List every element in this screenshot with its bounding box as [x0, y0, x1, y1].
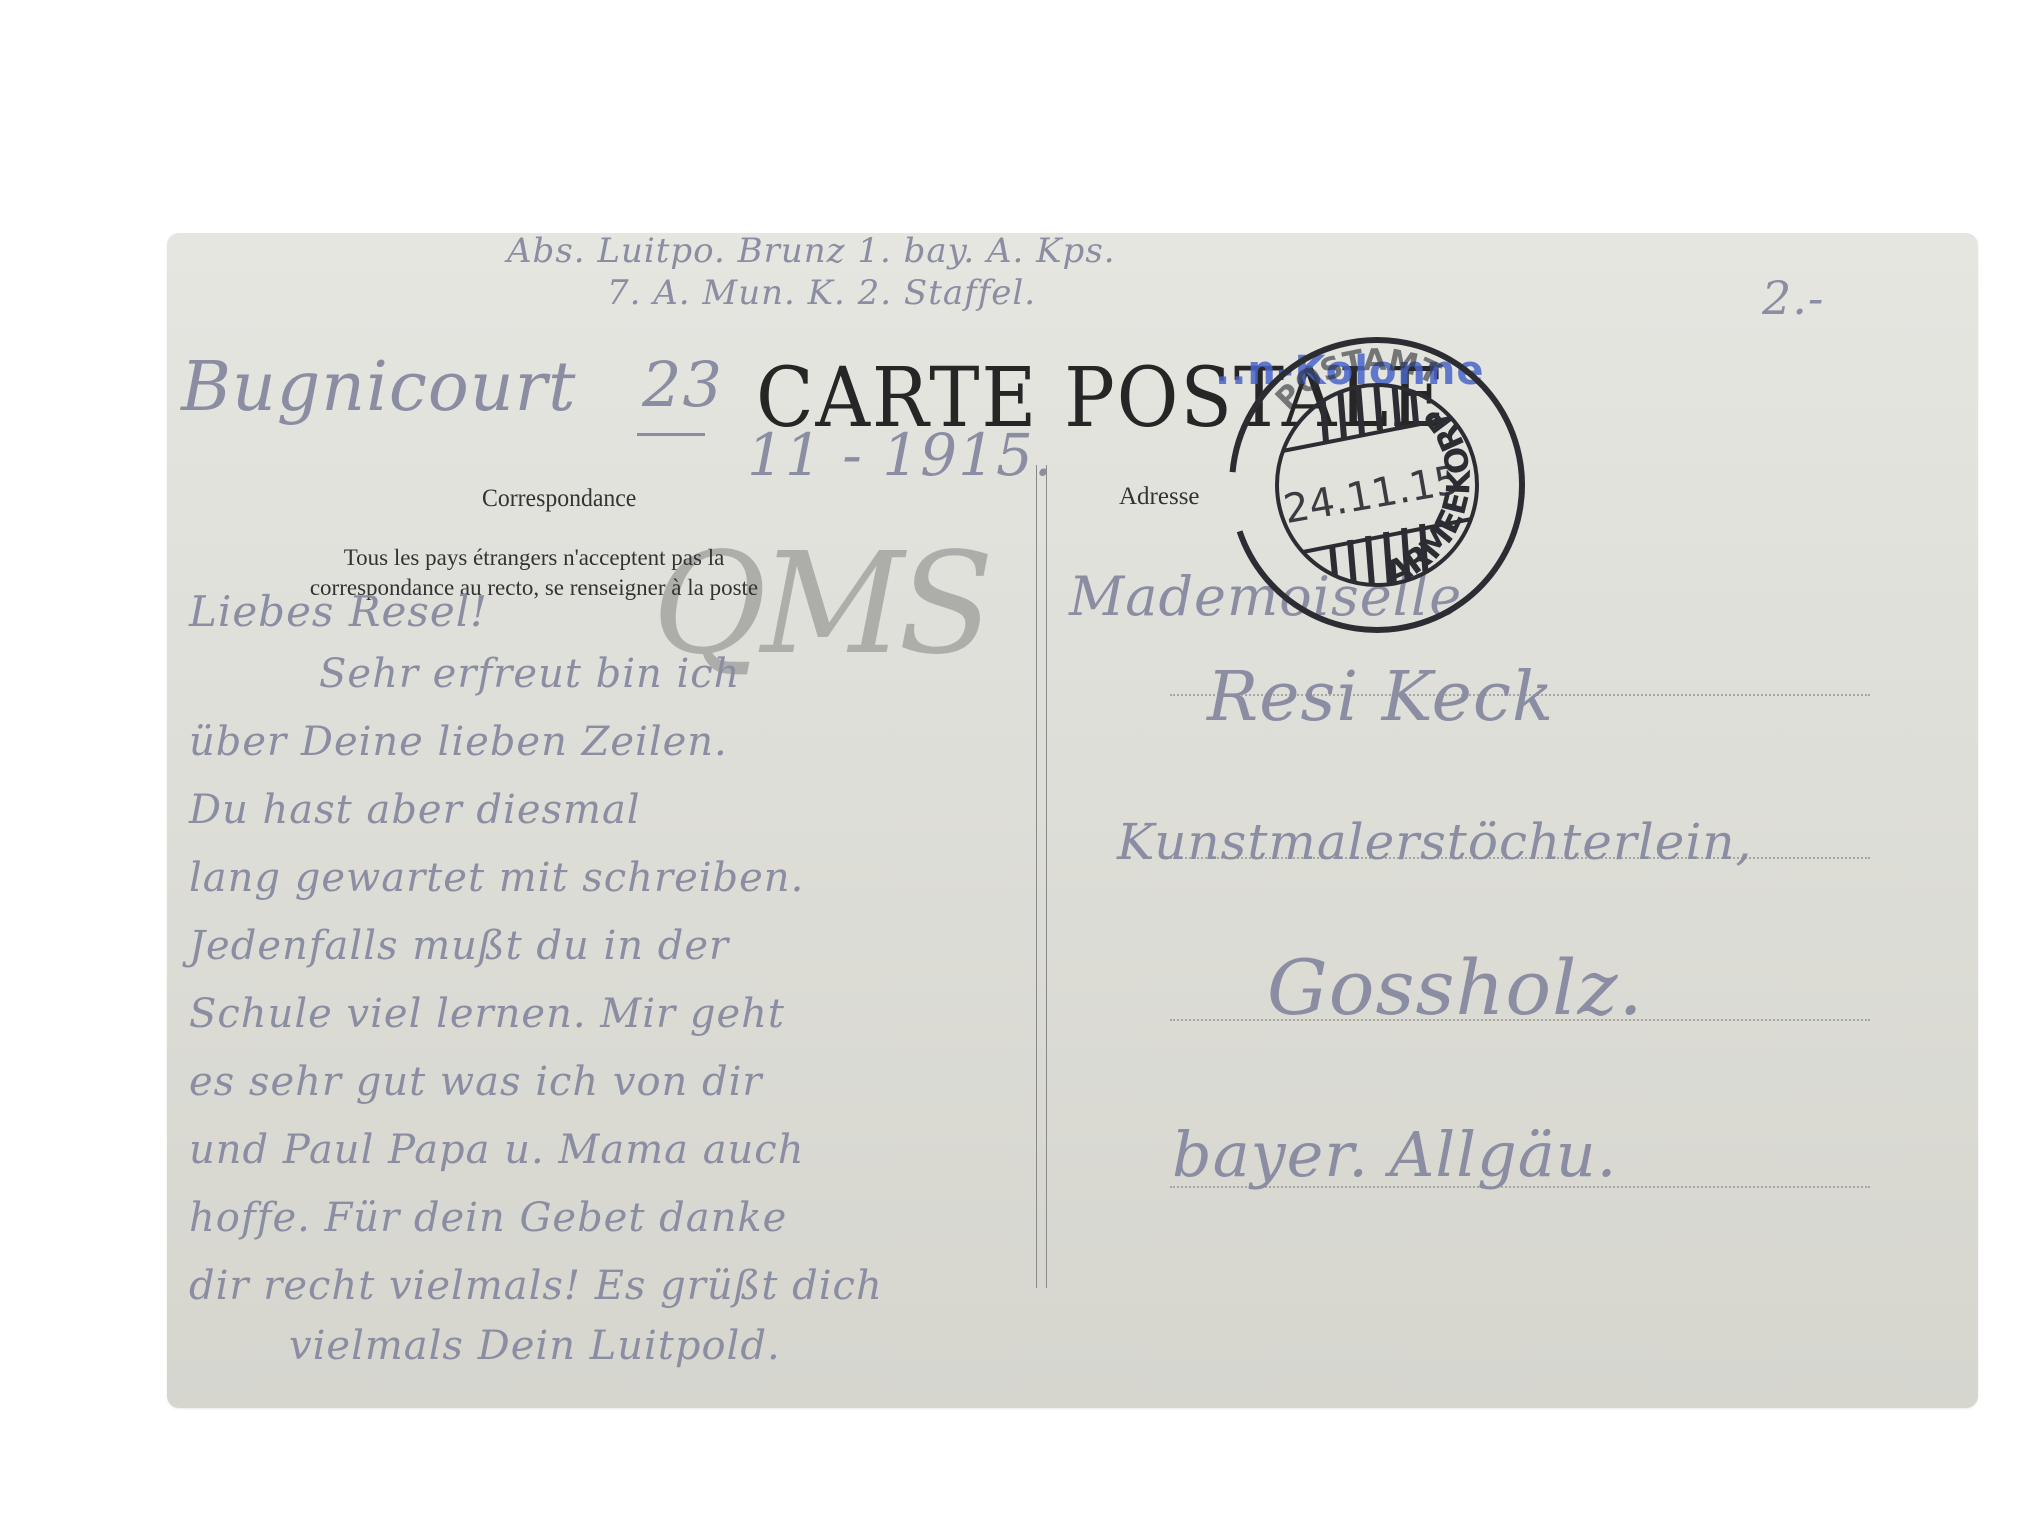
postal-notice-line1: Tous les pays étrangers n'acceptent pas …	[229, 543, 839, 573]
place-name: Bugnicourt	[181, 348, 577, 427]
message-line: und Paul Papa u. Mama auch	[189, 1127, 1039, 1195]
address-line3: Kunstmalerstöchterlein,	[1117, 813, 1752, 871]
message-line: es sehr gut was ich von dir	[189, 1059, 1039, 1127]
sender-header-line1: Abs. Luitpo. Brunz 1. bay. A. Kps.	[507, 231, 1116, 271]
address-line4: Gossholz.	[1267, 943, 1644, 1032]
date-underline	[637, 433, 705, 436]
postmark-icon: 24.11.15 POSTAMT ARMEEKORPS	[1222, 330, 1532, 640]
date-day: 23	[642, 348, 723, 421]
price-mark: 2.-	[1762, 271, 1824, 325]
message-line: Schule viel lernen. Mir geht	[189, 991, 1039, 1059]
message-line: dir recht vielmals! Es grüßt dich	[189, 1263, 1039, 1323]
message-line: lang gewartet mit schreiben.	[189, 855, 1039, 923]
message-line: hoffe. Für dein Gebet danke	[189, 1195, 1039, 1263]
message-line: Liebes Resel!	[189, 587, 1039, 651]
message-line: Jedenfalls mußt du in der	[189, 923, 1039, 991]
message-body: Liebes Resel! Sehr erfreut bin ich über …	[189, 587, 1039, 1383]
message-line: über Deine lieben Zeilen.	[189, 719, 1039, 787]
message-line: Du hast aber diesmal	[189, 787, 1039, 855]
message-line: Sehr erfreut bin ich	[189, 651, 1039, 719]
address-label: Adresse	[1119, 483, 1200, 511]
postcard-back: QMS Abs. Luitpo. Brunz 1. bay. A. Kps. 7…	[167, 233, 1978, 1408]
address-line5: bayer. Allgäu.	[1172, 1118, 1617, 1191]
message-line: vielmals Dein Luitpold.	[189, 1323, 1039, 1383]
sender-header-line2: 7. A. Mun. K. 2. Staffel.	[607, 273, 1036, 313]
correspondence-label: Correspondance	[482, 485, 636, 513]
address-line2: Resi Keck	[1207, 658, 1554, 737]
